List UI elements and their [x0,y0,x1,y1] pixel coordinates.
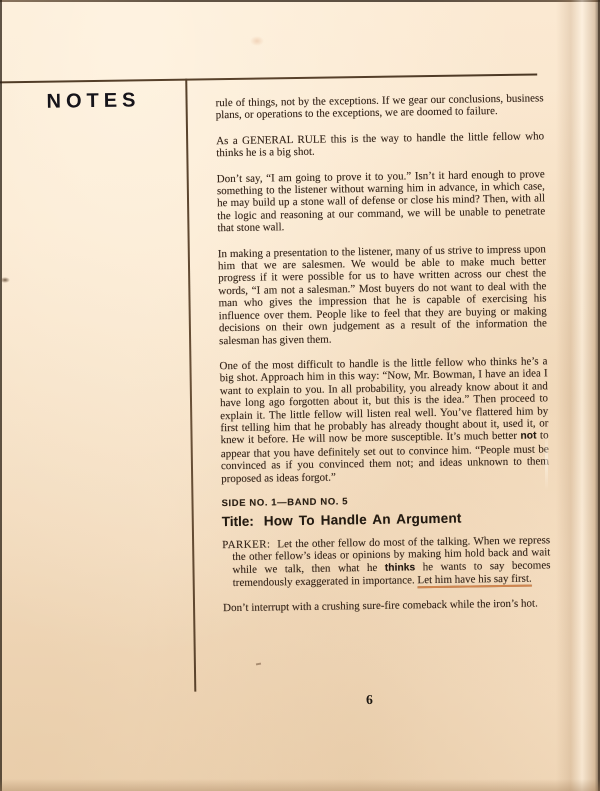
text-run: As a GENERAL RULE this is the way to han… [216,130,544,159]
emphasized-word: thinks [385,562,415,573]
text-run: Don’t interrupt with a crushing sure-fir… [223,598,538,615]
text-run: In making a presentation to the listener… [218,243,547,347]
scanned-page-content: NOTES rule of things, not by the excepti… [0,0,600,791]
title-label: Title: [222,514,254,529]
scan-edge-top [0,0,600,2]
title-row: Title:How To Handle An Argument [222,512,550,529]
body-paragraph-presentation: In making a presentation to the listener… [218,243,547,347]
ink-smudge [0,277,10,283]
text-column: rule of things, not by the exceptions. I… [215,92,551,628]
notes-column-divider-line [185,79,196,692]
page-number: 6 [356,692,382,708]
section-title: How To Handle An Argument [264,511,462,529]
body-paragraph-general-rule: As a GENERAL RULE this is the way to han… [216,130,544,160]
page-fold-shadow [556,0,598,791]
body-paragraph-dont-say: Don’t say, “I am going to prove it to yo… [217,168,546,235]
header-divider-line [0,73,537,83]
text-run: One of the most difficult to handle is t… [219,355,548,446]
text-run: Don’t say, “I am going to prove it to yo… [217,168,546,234]
scan-scratch [545,430,548,490]
paper-stain [250,36,264,46]
text-run: rule of things, not by the exceptions. I… [215,92,543,121]
emphasized-word: not [520,431,536,442]
notes-heading: NOTES [46,89,140,113]
body-paragraph-continuation: rule of things, not by the exceptions. I… [215,92,543,122]
underlined-phrase: Let him have his say first. [417,573,531,587]
scan-edge-bottom [0,779,600,791]
dialogue-paragraph: PARKER:Let the other fellow do most of t… [222,534,551,589]
speaker-label: PARKER: [222,538,270,551]
dialogue-text: Let the other fellow do most of the talk… [232,534,550,589]
closing-paragraph: Don’t interrupt with a crushing sure-fir… [223,598,551,615]
scan-edge-left [0,0,2,791]
side-band-heading: SIDE NO. 1—BAND NO. 5 [221,493,549,510]
body-paragraph-big-shot: One of the most difficult to handle is t… [219,355,549,485]
